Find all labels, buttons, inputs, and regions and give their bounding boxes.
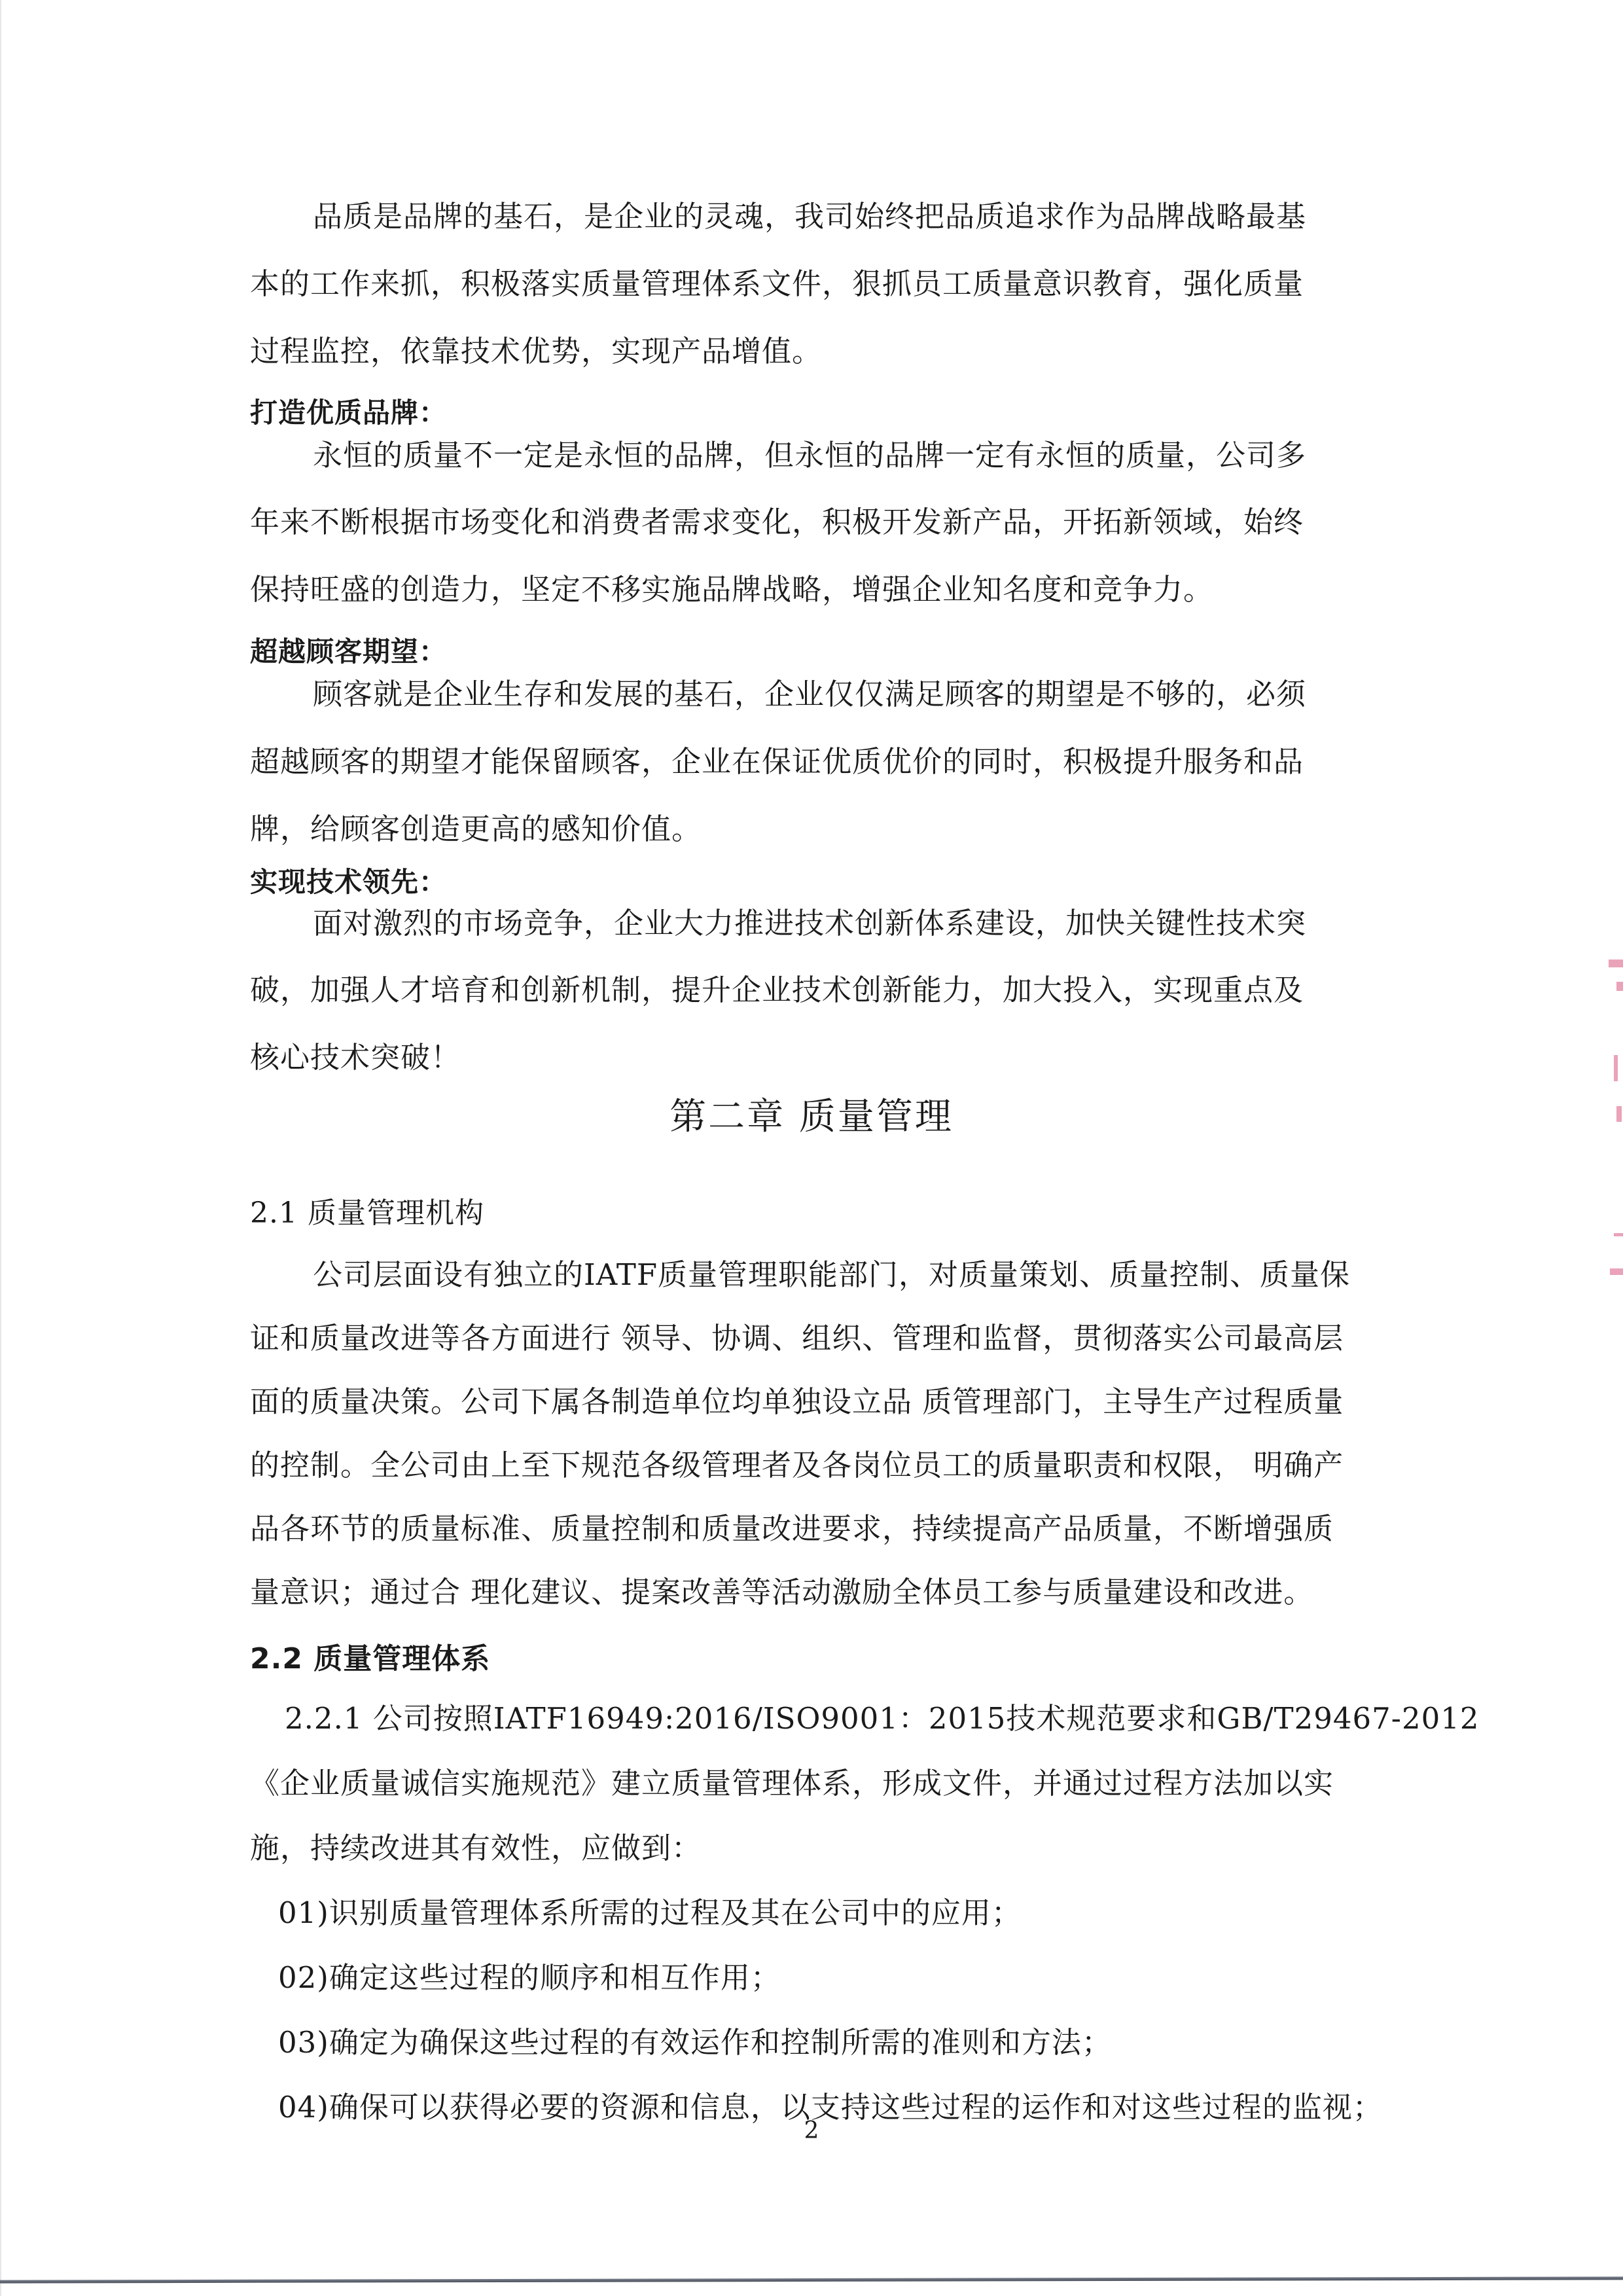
s22-line-3: 施，持续改进其有效性，应做到： [250, 1829, 1402, 1868]
intro-line-1: 品质是品牌的基石，是企业的灵魂，我司始终把品质追求作为品牌战略最基 [313, 197, 1465, 236]
tech-line-1: 面对激烈的市场竞争，企业大力推进技术创新体系建设，加快关键性技术突 [313, 904, 1465, 943]
brand-line-3: 保持旺盛的创造力，坚定不移实施品牌战略，增强企业知名度和竞争力。 [250, 570, 1402, 609]
scan-bottom-edge [0, 2276, 1623, 2283]
heading-exceed-expectations: 超越顾客期望： [250, 632, 1402, 672]
seal-stamp-fragment [1616, 1106, 1622, 1122]
s21-line-6: 量意识；通过合 理化建议、提案改善等活动激励全体员工参与质量建设和改进。 [250, 1573, 1402, 1612]
heading-quality-brand: 打造优质品牌： [250, 393, 1402, 433]
s22-line-1: 2.2.1 公司按照IATF16949:2016/ISO9001：2015技术规… [285, 1699, 1436, 1738]
section-2-2-heading: 2.2 质量管理体系 [250, 1640, 1402, 1679]
heading-tech-leadership: 实现技术领先： [250, 863, 1402, 902]
brand-line-2: 年来不断根据市场变化和消费者需求变化，积极开发新产品，开拓新领域，始终 [250, 503, 1402, 542]
s22-item-01: 01)识别质量管理体系所需的过程及其在公司中的应用； [278, 1893, 1430, 1933]
intro-line-2: 本的工作来抓，积极落实质量管理体系文件，狠抓员工质量意识教育，强化质量 [250, 264, 1402, 304]
tech-line-2: 破，加强人才培育和创新机制，提升企业技术创新能力，加大投入，实现重点及 [250, 971, 1402, 1010]
scan-edge [0, 0, 1, 2296]
brand-line-1: 永恒的质量不一定是永恒的品牌，但永恒的品牌一定有永恒的质量，公司多 [313, 436, 1465, 475]
seal-stamp-fragment [1609, 960, 1623, 967]
seal-stamp-fragment [1610, 1268, 1623, 1275]
s21-line-4: 的控制。全公司由上至下规范各级管理者及各岗位员工的质量职责和权限， 明确产 [250, 1446, 1402, 1485]
customer-line-2: 超越顾客的期望才能保留顾客，企业在保证优质优价的同时，积极提升服务和品 [250, 742, 1402, 781]
intro-line-3: 过程监控，依靠技术优势，实现产品增值。 [250, 332, 1402, 371]
customer-line-3: 牌，给顾客创造更高的感知价值。 [250, 810, 1402, 849]
s22-item-03: 03)确定为确保这些过程的有效运作和控制所需的准则和方法； [278, 2023, 1430, 2062]
s21-line-3: 面的质量决策。公司下属各制造单位均单独设立品 质管理部门，主导生产过程质量 [250, 1382, 1402, 1422]
s21-line-1: 公司层面设有独立的IATF质量管理职能部门，对质量策划、质量控制、质量保 [313, 1255, 1465, 1295]
s22-line-2: 《企业质量诚信实施规范》建立质量管理体系，形成文件，并通过过程方法加以实 [250, 1764, 1402, 1803]
customer-line-1: 顾客就是企业生存和发展的基石，企业仅仅满足顾客的期望是不够的，必须 [313, 675, 1465, 714]
section-2-1-heading: 2.1 质量管理机构 [250, 1194, 1402, 1233]
page-number: 2 [0, 2117, 1623, 2144]
chapter-title: 第二章 质量管理 [0, 1094, 1623, 1140]
tech-line-3: 核心技术突破！ [250, 1038, 1402, 1077]
s21-line-2: 证和质量改进等各方面进行 领导、协调、组织、管理和监督，贯彻落实公司最高层 [250, 1319, 1402, 1358]
document-page: 品质是品牌的基石，是企业的灵魂，我司始终把品质追求作为品牌战略最基 本的工作来抓… [0, 0, 1623, 2296]
seal-stamp-fragment [1616, 982, 1623, 991]
s22-item-02: 02)确定这些过程的顺序和相互作用； [278, 1958, 1430, 1998]
s21-line-5: 品各环节的质量标准、质量控制和质量改进要求，持续提高产品质量，不断增强质 [250, 1509, 1402, 1549]
seal-stamp-fragment [1614, 1233, 1623, 1236]
seal-stamp-fragment [1614, 1055, 1618, 1081]
